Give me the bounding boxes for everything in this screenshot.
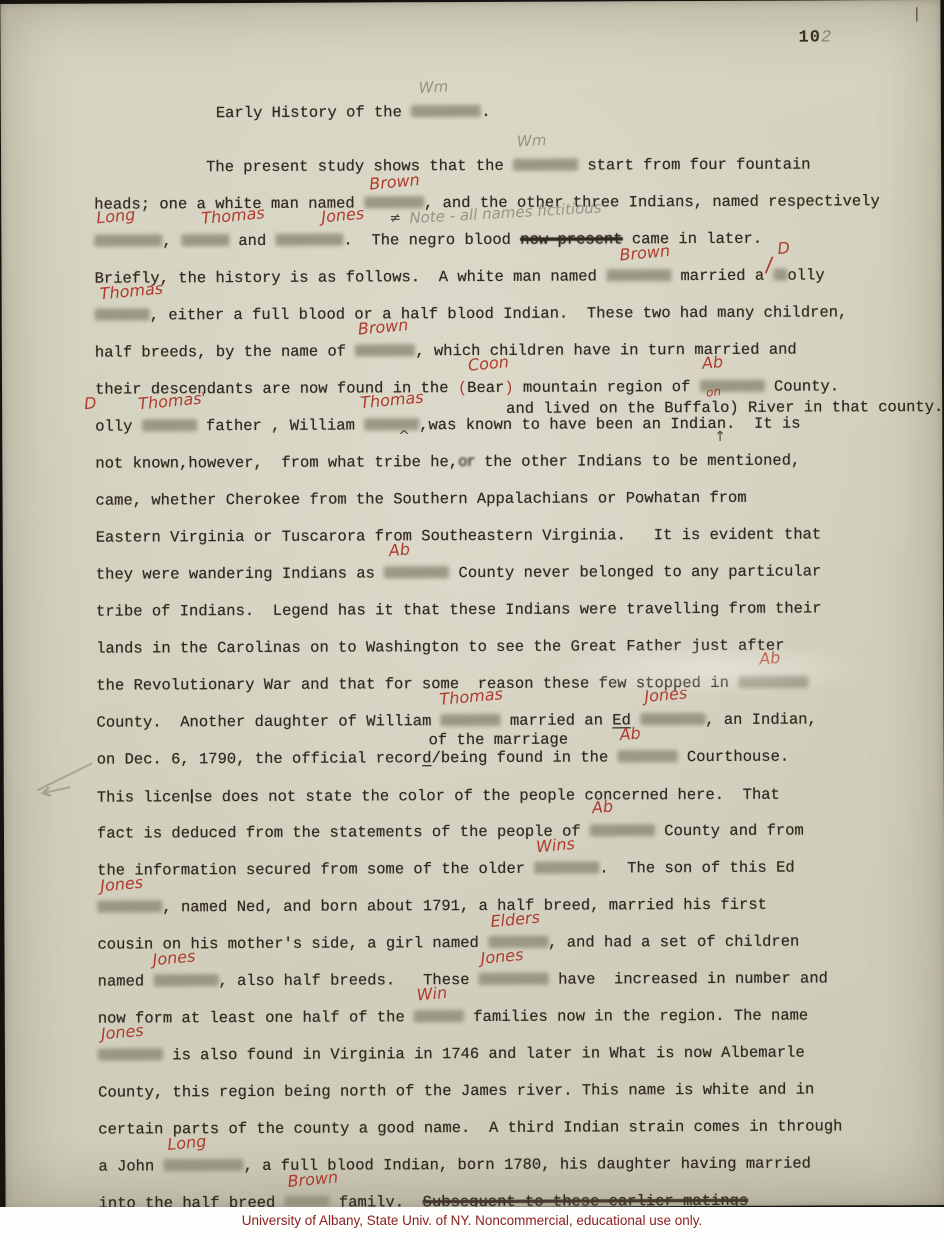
ghost-stamp xyxy=(551,642,873,695)
typed-text: , and had a set of children xyxy=(548,933,799,952)
redacted-text xyxy=(773,269,787,281)
typed-text: Eastern Virginia or Tuscarora from South… xyxy=(96,525,822,546)
ink-mark: | xyxy=(914,6,919,22)
typed-line: fact is deduced from the statements of t… xyxy=(97,822,804,844)
red-ink-note: Brown xyxy=(619,241,671,265)
red-ink-note: Long xyxy=(167,1132,208,1154)
typed-text: of the marriage xyxy=(429,731,569,750)
redacted-text xyxy=(640,713,705,725)
pencil-note: ← xyxy=(36,773,75,808)
redacted-text xyxy=(411,105,481,117)
redacted-text xyxy=(606,269,671,281)
typed-text: This licen xyxy=(97,788,190,806)
typed-line: , named Ned, and born about 1791, a half… xyxy=(97,896,767,918)
red-ink-note: Jones xyxy=(480,945,524,968)
redacted-text xyxy=(618,750,678,762)
typed-text: a John xyxy=(98,1157,163,1175)
page-number-pencil: 2 xyxy=(821,28,831,47)
typed-text: not known,however, from what tribe he, xyxy=(95,453,458,473)
typed-line: on Dec. 6, 1790, the official record/bei… xyxy=(97,748,790,770)
redacted-text xyxy=(285,1196,330,1208)
typed-line: is also found in Virginia in 1746 and la… xyxy=(98,1044,805,1066)
typed-line: Briefly, the history is as follows. A wh… xyxy=(95,266,825,288)
typed-text: /being found in the xyxy=(432,748,618,767)
typed-line: a John , a full blood Indian, born 1780,… xyxy=(98,1155,811,1177)
typed-line: , either a full blood or a half blood In… xyxy=(95,303,848,325)
typed-text: , xyxy=(162,232,181,250)
typed-text: . The negro blood xyxy=(343,231,520,250)
typed-text: Bear xyxy=(467,379,504,397)
red-ink-note: D xyxy=(83,393,97,413)
typed-text: the other Indians to be mentioned, xyxy=(475,452,801,471)
red-ink-note: Brown xyxy=(368,170,420,194)
typed-lines: Early History of the .The present study … xyxy=(0,0,940,4)
document-page: 102 Early History of the .The present st… xyxy=(0,0,944,1209)
typed-text: . xyxy=(481,103,490,121)
typed-red-text: ( xyxy=(458,379,467,397)
typed-text: is also found in Virginia in 1746 and la… xyxy=(163,1044,805,1065)
redacted-text xyxy=(276,234,344,246)
redacted-text xyxy=(94,234,162,246)
typed-text: certain parts of the county a good name.… xyxy=(98,1117,842,1138)
redacted-text xyxy=(153,974,218,986)
redacted-text xyxy=(479,973,549,985)
typed-text: , either a full blood or a half blood In… xyxy=(150,303,848,324)
typed-text: the information secured from some of the… xyxy=(97,860,534,880)
typed-line: Early History of the . xyxy=(216,103,491,123)
annotations: WmWmBrownLongThomasJones≠Note - all name… xyxy=(0,0,940,4)
pencil-note: Wm xyxy=(418,77,448,97)
typed-sm-text: or xyxy=(458,453,475,471)
ink-mark: ≠ xyxy=(389,210,401,226)
red-ink-note: Ab xyxy=(388,539,411,560)
typed-text: . The son of this Ed xyxy=(599,859,794,878)
redacted-text xyxy=(441,714,501,726)
typed-text: and xyxy=(229,232,276,250)
ink-mark: ↑ xyxy=(714,429,726,445)
pencil-note: Wm xyxy=(516,131,546,151)
typed-line: their descendants are now found in the (… xyxy=(95,377,839,399)
typed-text: married an xyxy=(501,711,613,729)
redacted-text xyxy=(534,861,599,873)
typed-text: County, this region being north of the J… xyxy=(98,1081,814,1102)
ink-mark: ^ xyxy=(398,428,410,444)
typed-u-text: d xyxy=(422,749,431,767)
redacted-text xyxy=(95,308,150,320)
typed-text: came, whether Cherokee from the Southern… xyxy=(96,489,747,510)
redacted-text xyxy=(384,566,449,578)
typed-text: on Dec. 6, 1790, the official recor xyxy=(97,749,423,768)
red-ink-note: Win xyxy=(416,983,448,1005)
typed-text: Early History of the xyxy=(216,103,411,122)
typed-line: The present study shows that the start f… xyxy=(206,156,811,178)
typed-text: married a xyxy=(671,267,773,285)
redacted-text xyxy=(513,159,578,171)
typed-line: This license does not state the color of… xyxy=(97,785,780,808)
redacted-text xyxy=(164,1159,244,1171)
typed-line: not known,however, from what tribe he,or… xyxy=(95,452,800,474)
redacted-text xyxy=(181,234,229,246)
typed-text: olly xyxy=(787,266,824,284)
typed-red-text: ) xyxy=(504,379,513,397)
typed-text: they were wandering Indians as xyxy=(96,564,384,583)
footer-credit-bar: University of Albany, State Univ. of NY.… xyxy=(0,1207,944,1234)
red-ink-note: Ab xyxy=(619,723,642,744)
red-ink-note: Jones xyxy=(100,1021,144,1044)
typed-text: County and from xyxy=(655,822,804,841)
typed-line: cousin on his mother's side, a girl name… xyxy=(97,933,799,955)
red-ink-note: Brown xyxy=(287,1167,339,1191)
redacted-text xyxy=(355,344,415,356)
typed-text: start from four fountain xyxy=(578,156,811,175)
redacted-text xyxy=(142,419,197,431)
red-ink-note: Wins xyxy=(535,834,575,856)
typed-line: County. Another daughter of William marr… xyxy=(96,711,816,733)
typed-line: the information secured from some of the… xyxy=(97,859,795,881)
typed-line: certain parts of the county a good name.… xyxy=(98,1117,842,1139)
red-ink-note: Jones xyxy=(99,873,143,896)
red-ink-note: Ab xyxy=(591,797,614,818)
typed-text: ,was known to have been an Indian. It is xyxy=(419,415,800,435)
typed-line: County, this region being north of the J… xyxy=(98,1081,814,1103)
typed-line: came, whether Cherokee from the Southern… xyxy=(96,489,747,511)
red-ink-note: Elders xyxy=(490,908,541,931)
typed-text: County. Another daughter of William xyxy=(96,712,440,732)
typed-text: County never belonged to any particular xyxy=(449,562,821,582)
typed-text: County. xyxy=(765,377,839,395)
typed-line: olly father , William ,was known to have… xyxy=(95,415,800,437)
typed-text: , named Ned, and born about 1791, a half… xyxy=(162,896,767,917)
typed-line: half breeds, by the name of , which chil… xyxy=(95,341,797,363)
redacted-text xyxy=(590,824,655,836)
typed-text: se does not state the color of the peopl… xyxy=(194,786,780,807)
typed-line: Eastern Virginia or Tuscarora from South… xyxy=(96,525,822,547)
redacted-text xyxy=(97,900,162,912)
red-ink-note: Coon xyxy=(467,352,509,375)
footer-credit: University of Albany, State Univ. of NY.… xyxy=(242,1213,702,1228)
typed-text: have increased in number and xyxy=(549,969,828,988)
typed-line: now form at least one half of the famili… xyxy=(98,1007,808,1029)
typed-line: named , also half breeds. These have inc… xyxy=(98,969,828,991)
red-ink-note: Jones xyxy=(152,946,196,969)
typed-text: families now in the region. The name xyxy=(464,1007,808,1027)
red-ink-note: Ab xyxy=(701,352,724,373)
typed-text: Courthouse. xyxy=(678,748,790,766)
red-ink-note: Long xyxy=(96,205,137,227)
typed-text: The present study shows that the xyxy=(206,157,513,176)
redacted-text xyxy=(364,196,424,208)
typed-text: named xyxy=(98,972,154,990)
page-number-typed: 10 xyxy=(798,28,820,47)
redacted-text xyxy=(414,1010,464,1022)
redacted-text xyxy=(98,1048,163,1060)
typed-text: , an Indian, xyxy=(705,711,817,729)
redacted-text xyxy=(364,418,419,430)
typed-text: tribe of Indians. Legend has it that the… xyxy=(96,599,822,620)
ink-stroke xyxy=(191,789,193,803)
typed-line: tribe of Indians. Legend has it that the… xyxy=(96,599,822,621)
typed-text: now form at least one half of the xyxy=(98,1008,414,1027)
red-ink-note: Brown xyxy=(357,315,409,339)
typed-line: of the marriage xyxy=(429,731,569,751)
red-ink-note: D xyxy=(777,238,791,258)
typed-line: they were wandering Indians as County ne… xyxy=(96,562,821,584)
red-ink-note: on xyxy=(705,384,721,400)
typed-text: olly xyxy=(95,417,142,435)
typed-text: Briefly, the history is as follows. A wh… xyxy=(95,267,607,287)
typed-text: father , William xyxy=(197,416,365,435)
page-number: 102 xyxy=(798,28,831,47)
typed-strike-text: now present xyxy=(520,230,622,248)
typed-text: fact is deduced from the statements of t… xyxy=(97,822,590,842)
red-ink-note: Jones xyxy=(321,204,365,227)
typed-text: half breeds, by the name of xyxy=(95,343,356,362)
typed-text: mountain region of xyxy=(514,378,700,397)
